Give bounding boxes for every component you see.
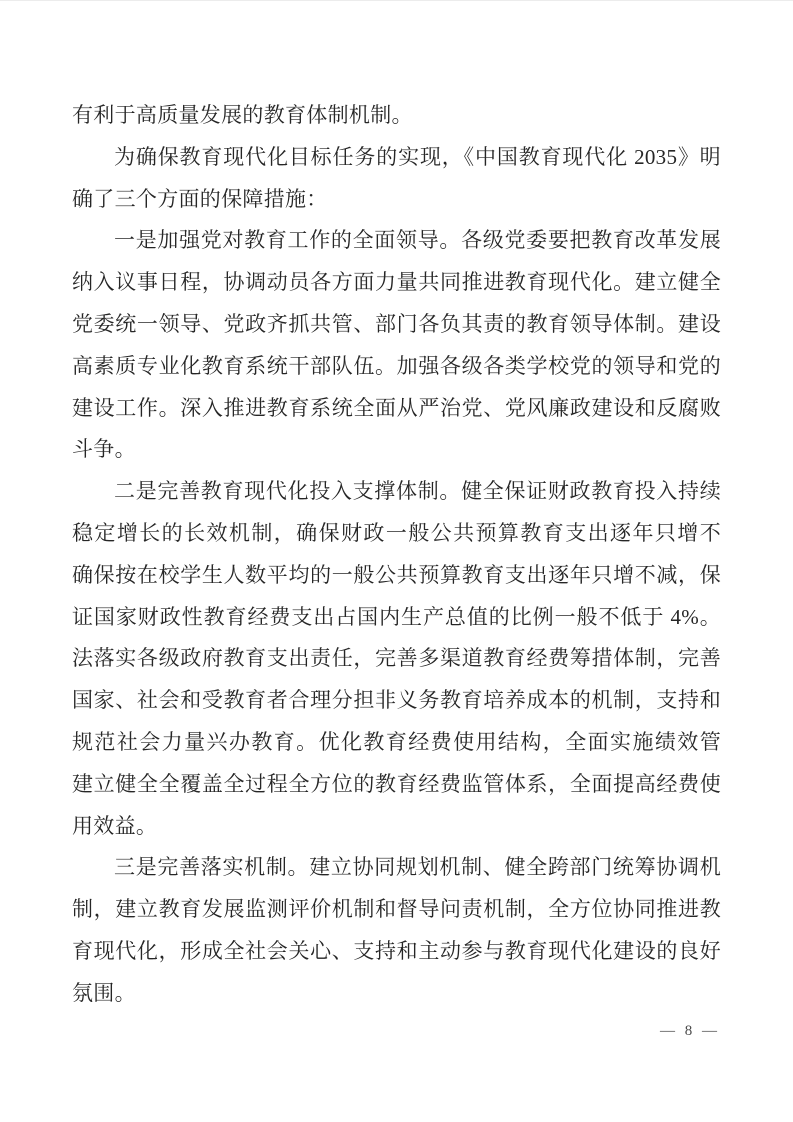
- text-line: 规范社会力量兴办教育。优化教育经费使用结构，全面实施绩效管理，: [72, 722, 721, 764]
- text-line: 建设工作。深入推进教育系统全面从严治党、党风廉政建设和反腐败: [72, 388, 721, 430]
- text-line: 证国家财政性教育经费支出占国内生产总值的比例一般不低于 4%。依: [72, 597, 721, 639]
- document-page-body: 有利于高质量发展的教育体制机制。 为确保教育现代化目标任务的实现，《中国教育现代…: [72, 95, 721, 1015]
- text-line: 纳入议事日程，协调动员各方面力量共同推进教育现代化。建立健全: [72, 262, 721, 304]
- text-line: 国家、社会和受教育者合理分担非义务教育培养成本的机制，支持和: [72, 680, 721, 722]
- text-line: 高素质专业化教育系统干部队伍。加强各级各类学校党的领导和党的: [72, 346, 721, 388]
- text-line: 斗争。: [72, 429, 721, 471]
- text-line: 一是加强党对教育工作的全面领导。各级党委要把教育改革发展: [72, 220, 721, 262]
- text-line: 三是完善落实机制。建立协同规划机制、健全跨部门统筹协调机: [72, 847, 721, 889]
- text-line: 育现代化，形成全社会关心、支持和主动参与教育现代化建设的良好: [72, 931, 721, 973]
- text-line: 有利于高质量发展的教育体制机制。: [72, 95, 721, 137]
- text-line: 法落实各级政府教育支出责任，完善多渠道教育经费筹措体制，完善: [72, 638, 721, 680]
- text-line: 制，建立教育发展监测评价机制和督导问责机制，全方位协同推进教: [72, 889, 721, 931]
- text-line: 确保按在校学生人数平均的一般公共预算教育支出逐年只增不减，保: [72, 555, 721, 597]
- text-line: 为确保教育现代化目标任务的实现，《中国教育现代化 2035》明: [72, 137, 721, 179]
- page-number: — 8 —: [660, 1021, 720, 1041]
- text-line: 确了三个方面的保障措施：: [72, 179, 721, 221]
- text-line: 氛围。: [72, 973, 721, 1015]
- text-line: 二是完善教育现代化投入支撑体制。健全保证财政教育投入持续: [72, 471, 721, 513]
- text-line: 党委统一领导、党政齐抓共管、部门各负其责的教育领导体制。建设: [72, 304, 721, 346]
- text-line: 用效益。: [72, 806, 721, 848]
- text-line: 建立健全全覆盖全过程全方位的教育经费监管体系，全面提高经费使: [72, 764, 721, 806]
- text-line: 稳定增长的长效机制，确保财政一般公共预算教育支出逐年只增不减，: [72, 513, 721, 555]
